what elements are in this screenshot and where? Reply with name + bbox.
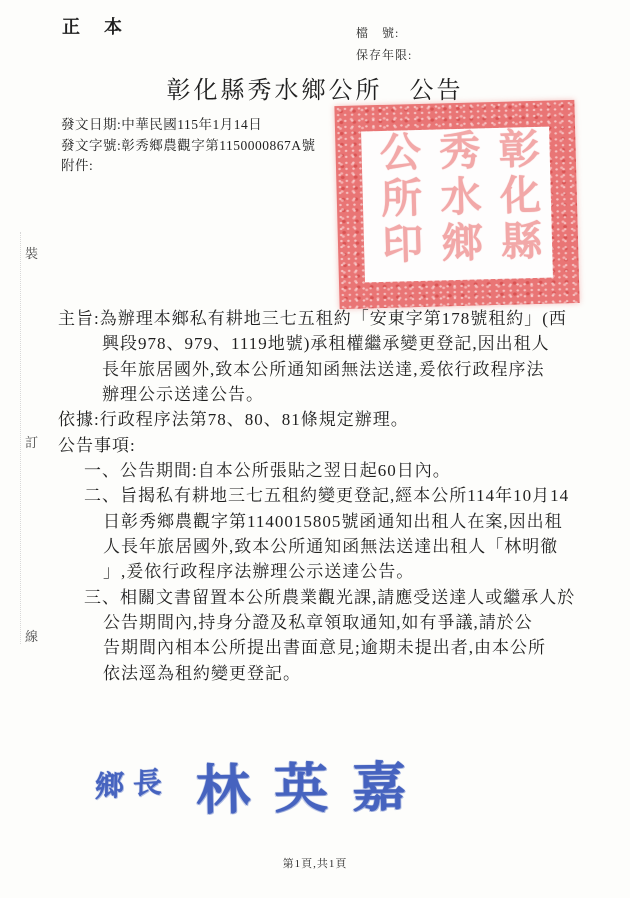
body-line: 主旨:為辦理本鄉私有耕地三七五租約「安東字第178號租約」(西 [0, 306, 630, 331]
body-line: 依據:行政程序法第78、80、81條規定辦理。 [0, 407, 630, 432]
body-line: 興段978、979、1119地號)承租權繼承變更登記,因出租人 [0, 331, 630, 356]
file-meta-block: 檔 號: 保存年限: [356, 22, 412, 66]
body-line: 三、相關文書留置本公所農業觀光課,請應受送達人或繼承人於 [0, 585, 630, 610]
body-line: 公告期間內,持身分證及私章領取通知,如有爭議,請於公 [0, 610, 630, 635]
announcement-body: 主旨:為辦理本鄉私有耕地三七五租約「安東字第178號租約」(西 興段978、97… [0, 306, 630, 686]
binding-mark-zhuang: 裝 [25, 243, 38, 262]
body-line: 公告事項: [0, 433, 630, 458]
document-title: 彰化縣秀水鄉公所 公告 [0, 70, 630, 105]
body-line: 二、旨揭私有耕地三七五租約變更登記,經本公所114年10月14 [0, 483, 630, 508]
body-line: 一、公告期間:自本公所張貼之翌日起60日內。 [0, 458, 630, 483]
issue-date-row: 發文日期:中華民國115年1月14日 [61, 115, 316, 136]
signature-title: 鄉長 [95, 759, 172, 805]
body-line: 人長年旅居國外,致本公所通知函無法送達出租人「林明徹 [0, 534, 630, 559]
official-red-seal: 彰化縣秀水鄉公所印 [334, 100, 579, 309]
attachment-row: 附件: [61, 156, 316, 177]
doc-number-row: 發文字號:彰秀鄉農觀字第1150000867A號 [61, 136, 316, 157]
body-line: 依法逕為租約變更登記。 [0, 661, 630, 686]
copy-type-label: 正 本 [62, 13, 125, 39]
doc-number-label: 發文字號: [61, 138, 121, 153]
retention-period-label: 保存年限: [356, 44, 412, 66]
seal-glyphs: 彰化縣秀水鄉公所印 [366, 127, 548, 283]
body-line: 長年旅居國外,致本公所通知函無法送達,爰依行政程序法 [0, 357, 630, 382]
file-number-label: 檔 號: [356, 22, 412, 44]
issue-date-value: 中華民國115年1月14日 [121, 117, 262, 132]
page-footer: 第1頁,共1頁 [0, 855, 630, 871]
body-line: 辦理公示送達公告。 [0, 382, 630, 407]
signature-name: 林英嘉 [195, 744, 430, 825]
body-line: 」,爰依行政程序法辦理公示送達公告。 [0, 559, 630, 584]
official-announcement-document: 正 本 檔 號: 保存年限: 彰化縣秀水鄉公所 公告 發文日期:中華民國115年… [0, 0, 630, 898]
seal-inner-face: 彰化縣秀水鄉公所印 [361, 127, 553, 283]
body-line: 告期間內相本公所提出書面意見;逾期未提出者,由本公所 [0, 635, 630, 660]
issue-date-label: 發文日期: [61, 117, 121, 132]
issue-meta-block: 發文日期:中華民國115年1月14日 發文字號:彰秀鄉農觀字第115000086… [61, 115, 316, 177]
body-line: 日彰秀鄉農觀字第1140015805號函通知出租人在案,因出租 [0, 509, 630, 534]
doc-number-value: 彰秀鄉農觀字第1150000867A號 [121, 138, 315, 153]
attachment-label: 附件: [61, 158, 93, 173]
mayor-signature-stamp: 鄉長 林英嘉 [0, 742, 630, 842]
